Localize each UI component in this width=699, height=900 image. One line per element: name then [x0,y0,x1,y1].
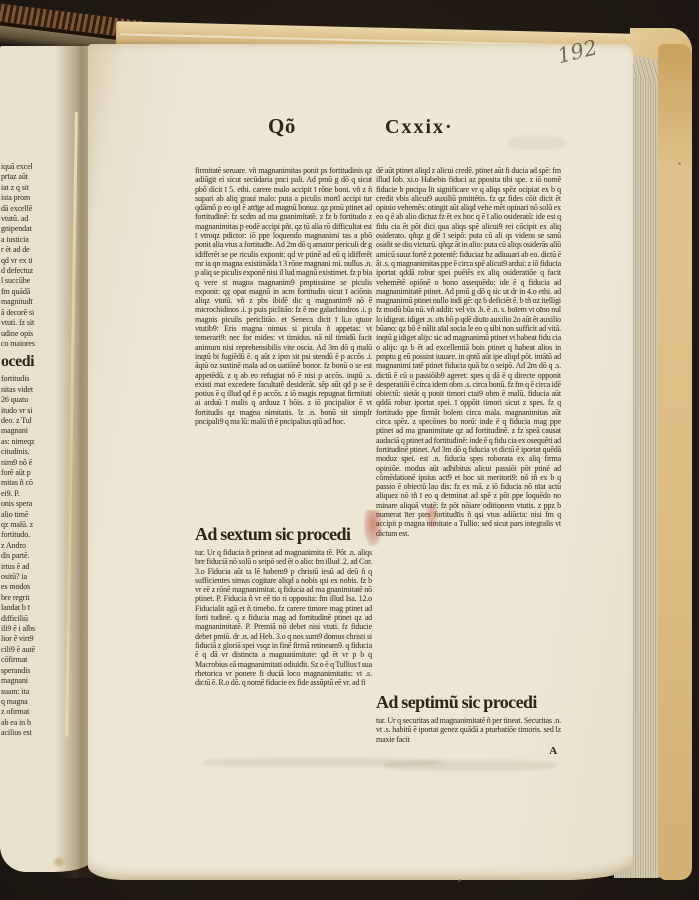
red-ink-stain [364,510,382,546]
paper-speck [458,879,461,882]
left-page-text-fragment-bottom: fortitudis nitas videt 26 quatu itudo vr… [1,374,59,738]
left-page-text-fragment-top: iquã excel prīaz aūt iat z q sit ista pr… [1,162,59,349]
left-page-heading-fragment: ocedi [1,352,59,372]
column-left-text-upper: firmitatē seruare. vñ magnanimitas ponit… [195,166,372,522]
signature-mark: A [376,745,561,757]
paper-speck [678,162,681,165]
paper-speck [228,294,230,296]
red-ink-stain-small [426,506,438,528]
column-right-text-upper: dē aūt ptinet aliqd z alicui credē. ptin… [376,166,561,690]
column-left-text-lower: tur. Ur q fiducia ñ prineat ad magnanimi… [195,548,372,754]
right-page: Qõ Cxxix· firmitatē seruare. vñ magnanim… [88,44,633,880]
section-heading-ad-septimum: Ad septimũ sic procedi [376,690,561,716]
ink-offset-ghost [508,136,566,150]
ink-offset-ghost [384,760,556,771]
running-header-folio-roman: Cxxix· [385,116,454,139]
text-column-right: dē aūt ptinet aliqd z alicui credē. ptin… [376,166,561,762]
text-column-left: firmitatē seruare. vñ magnanimitas ponit… [195,166,372,760]
section-heading-ad-sextum: Ad sextum sic procedi [195,522,372,548]
column-right-text-lower: tur. Ur q securitas ad magnanimitatē ñ p… [376,716,561,745]
binding-thread-tuft [52,856,66,868]
left-page-text-strip: iquã excel prīaz aūt iat z q sit ista pr… [1,162,59,776]
running-header-question: Qõ [268,114,296,139]
cover-edge-band [658,44,692,880]
book-photo: iquã excel prīaz aūt iat z q sit ista pr… [0,0,699,900]
